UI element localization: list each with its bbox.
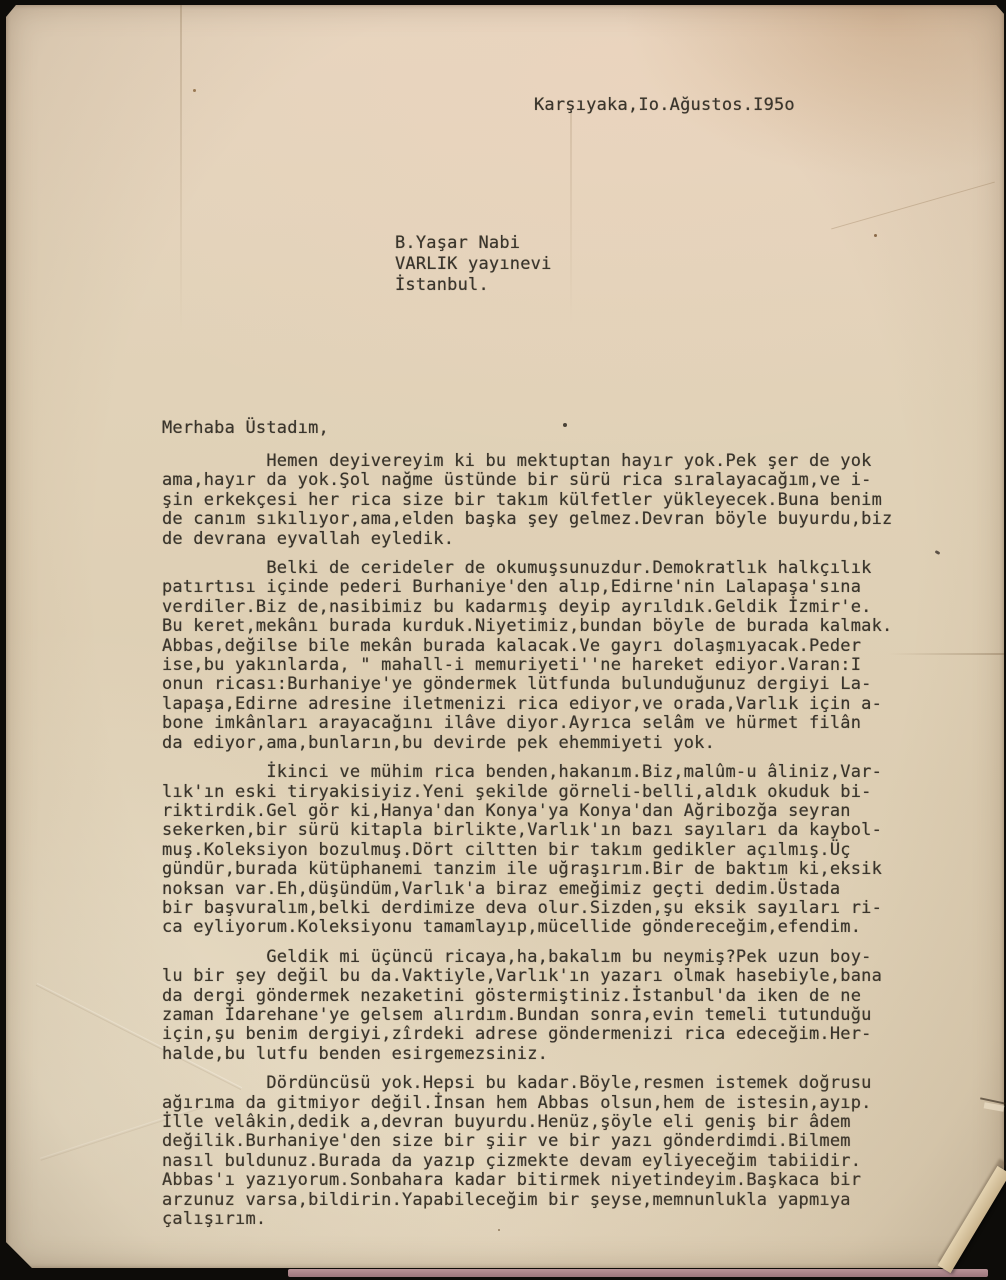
typed-line: Abbas'ı yazıyorum.Sonbahara kadar bitirm…: [162, 1171, 892, 1190]
typed-line: noksan var.Eh,düşündüm,Varlık'a biraz em…: [162, 880, 892, 899]
typed-line: ca eyliyorum.Koleksiyonu tamamlayıp,müce…: [162, 918, 892, 937]
letter-body: Hemen deyivereyim ki bu mektuptan hayır …: [162, 452, 892, 1229]
typed-line: VARLIK yayınevi: [395, 254, 552, 275]
typed-line: arzunuz varsa,bildirin.Yapabileceğim bir…: [162, 1191, 892, 1210]
typed-line: ise,bu yakınlarda, " mahall-i memuriyeti…: [162, 656, 892, 675]
typed-line: ama,hayır da yok.Şol nağme üstünde bir s…: [162, 471, 892, 490]
typed-line: Belki de cerideler de okumuşsunuzdur.Dem…: [162, 559, 892, 578]
typed-line: de canım sıkılıyor,ama,elden başka şey g…: [162, 510, 892, 529]
typed-line: da dergi göndermek nezaketini göstermişt…: [162, 987, 892, 1006]
typed-line: halde,bu lutfu benden esirgemezsiniz.: [162, 1045, 892, 1064]
typed-line: patırtısı içinde pederi Burhaniye'den al…: [162, 578, 892, 597]
fold-crease-vertical-left: [180, 5, 182, 335]
crease-horizontal-right: [888, 653, 1004, 655]
typed-line: Bu keret,mekânı burada kurduk.Niyetimiz,…: [162, 617, 892, 636]
typed-line: ağırıma da gitmiyor değil.İnsan hem Abba…: [162, 1094, 892, 1113]
typed-line: muş.Koleksiyon bozulmuş.Dört ciltten bir…: [162, 841, 892, 860]
typed-line: bone imkânları arayacağını ilâve diyor.A…: [162, 714, 892, 733]
scratch-top-right: [831, 182, 995, 230]
typed-line: sekerken,bir sürü kitapla birlikte,Varlı…: [162, 821, 892, 840]
paper-speck: [874, 234, 877, 237]
typed-line: şin erkekçesi her rica size bir takım kü…: [162, 491, 892, 510]
typed-line: gündür,burada kütüphanemi tanzim ile uğr…: [162, 860, 892, 879]
typed-line: değilik.Burhaniye'den size bir şiir ve b…: [162, 1132, 892, 1151]
ink-speck: [563, 423, 567, 427]
salutation: Merhaba Üstadım,: [162, 419, 329, 438]
letter-page: Karşıyaka,Io.Ağustos.I95o B.Yaşar NabiVA…: [6, 5, 1004, 1268]
typed-line: B.Yaşar Nabi: [395, 233, 552, 254]
typed-line: İstanbul.: [395, 275, 552, 296]
typed-line: Abbas,değilse bile mekân burada kalacak.…: [162, 637, 892, 656]
typed-line: lık'ın eski tiryakisiyiz.Yeni şekilde gö…: [162, 783, 892, 802]
paper-speck: [193, 89, 196, 92]
typed-line: onun ricası:Burhaniye'ye göndermek lütfu…: [162, 675, 892, 694]
typed-line: nasıl buldunuz.Burada da yazıp çizmekte …: [162, 1152, 892, 1171]
paragraph: Dördüncüsü yok.Hepsi bu kadar.Böyle,resm…: [162, 1074, 892, 1229]
typed-line: bir başvuralım,belki derdimize deva olur…: [162, 899, 892, 918]
dateline: Karşıyaka,Io.Ağustos.I95o: [534, 96, 795, 115]
recipient-address: B.Yaşar NabiVARLIK yayıneviİstanbul.: [395, 233, 552, 296]
paragraph: Hemen deyivereyim ki bu mektuptan hayır …: [162, 452, 892, 549]
typed-line: Hemen deyivereyim ki bu mektuptan hayır …: [162, 452, 892, 471]
typed-line: İkinci ve mühim rica benden,hakanım.Biz,…: [162, 763, 892, 782]
typed-line: de devrana eyvallah eyledik.: [162, 530, 892, 549]
typed-line: Dördüncüsü yok.Hepsi bu kadar.Böyle,resm…: [162, 1074, 892, 1093]
typed-line: lapaşa,Edirne adresine iletmenizi rica e…: [162, 695, 892, 714]
typed-line: verdiler.Biz de,nasibimiz bu kadarmış de…: [162, 598, 892, 617]
typed-line: riktirdik.Gel gör ki,Hanya'dan Konya'ya …: [162, 802, 892, 821]
ink-speck: [935, 550, 941, 555]
paragraph: Geldik mi üçüncü ricaya,ha,bakalım bu ne…: [162, 948, 892, 1064]
typed-line: da ediyor,ama,bunların,bu devirde pek eh…: [162, 734, 892, 753]
paragraph: Belki de cerideler de okumuşsunuzdur.Dem…: [162, 559, 892, 753]
typed-line: zaman İdarehane'ye gelsem alırdım.Bundan…: [162, 1006, 892, 1025]
typed-line: İlle velâkin,dedik a,devran buyurdu.Henü…: [162, 1113, 892, 1132]
typed-line: Geldik mi üçüncü ricaya,ha,bakalım bu ne…: [162, 948, 892, 967]
typed-line: çalışırım.: [162, 1210, 892, 1229]
fold-crease-vertical-center: [570, 110, 572, 325]
underlying-sheet-edge: [288, 1269, 988, 1277]
paragraph: İkinci ve mühim rica benden,hakanım.Biz,…: [162, 763, 892, 938]
scanned-letter-scene: Karşıyaka,Io.Ağustos.I95o B.Yaşar NabiVA…: [0, 0, 1006, 1280]
typed-line: lu bir şey değil bu da.Vaktiyle,Varlık'ı…: [162, 967, 892, 986]
typed-line: için,şu benim dergiyi,zîrdeki adrese gön…: [162, 1025, 892, 1044]
